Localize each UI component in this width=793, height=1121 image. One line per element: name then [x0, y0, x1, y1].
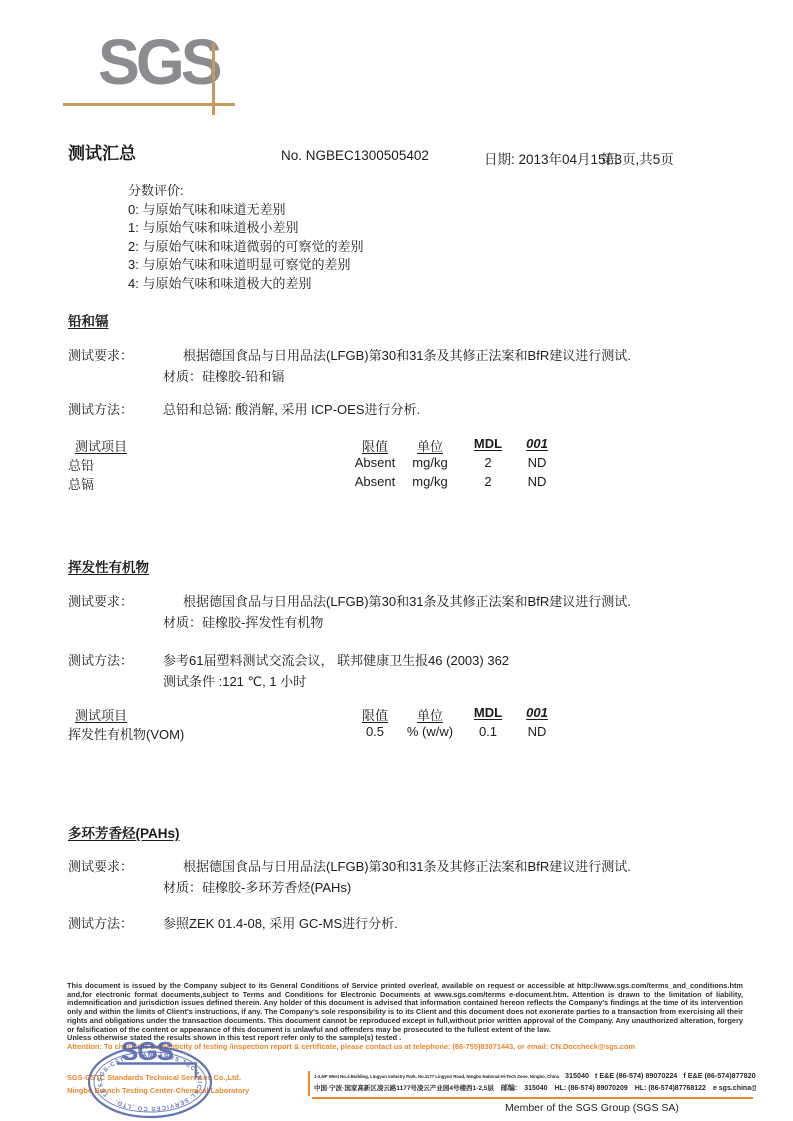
stamp-sgs-text: SGS — [121, 1036, 174, 1066]
table-row: 挥发性有机物(VOM) 0.5 % (w/w) 0.1 ND — [68, 724, 588, 743]
logo-vertical-line — [212, 43, 215, 115]
section-title-pahs: 多环芳香烃(PAHs) — [68, 822, 180, 842]
address-cn: 中国·宁波·国家高新区凌云路1177号凌云产业园4号楼西1-2,5层 — [314, 1083, 494, 1092]
material-text: 材质：硅橡胶-铅和镉 — [163, 366, 284, 385]
address-en: 1-2,5/F West No.4 Building, Lingyun Indu… — [314, 1074, 559, 1079]
sgs-logo: SGS — [98, 30, 219, 94]
page-title: 测试汇总 — [68, 139, 136, 164]
company-stamp: SGS-CSTC STANDARDS TECHNICAL SERVICES CO… — [84, 1030, 219, 1121]
requirement-text: 根据德国食品与日用品法(LFGB)第30和31条及其修正法案和BfR建议进行测试… — [183, 591, 631, 610]
col-header-sample: 001 — [506, 436, 568, 451]
score-legend-item: 0: 与原始气味和味道无差别 — [128, 201, 363, 220]
requirement-text: 根据德国食品与日用品法(LFGB)第30和31条及其修正法案和BfR建议进行测试… — [183, 856, 631, 875]
method-label: 测试方法： — [68, 913, 133, 932]
method-text: 参照ZEK 01.4-08, 采用 GC-MS进行分析. — [163, 913, 398, 932]
report-number: No. NGBEC1300505402 — [281, 148, 429, 163]
cell-result: ND — [506, 455, 568, 470]
footer-orange-rule — [312, 1097, 753, 1099]
method-text: 总铅和总镉: 酸消解, 采用 ICP-OES进行分析. — [163, 399, 420, 418]
cell-limit: Absent — [344, 474, 406, 489]
col-header-sample: 001 — [506, 705, 568, 720]
col-header-item: 测试项目 — [68, 705, 355, 724]
postcode-label: 邮编: — [501, 1083, 517, 1093]
email-link: e sgs.china@sgs.com — [713, 1085, 756, 1092]
col-header-limit: 限值 — [344, 705, 406, 724]
requirement-label: 测试要求： — [68, 856, 133, 875]
cell-result: ND — [506, 474, 568, 489]
phone: HL: (86-574) 89070209 — [555, 1085, 628, 1092]
report-page: SGS 测试汇总 No. NGBEC1300505402 日期: 2013年04… — [0, 0, 793, 1121]
cell-limit: 0.5 — [344, 724, 406, 739]
score-legend: 分数评价: 0: 与原始气味和味道无差别 1: 与原始气味和味道极小差别 2: … — [128, 182, 363, 294]
score-legend-item: 3: 与原始气味和味道明显可察觉的差别 — [128, 256, 363, 275]
postcode: 315040 — [565, 1071, 589, 1080]
col-header-unit: 单位 — [399, 436, 461, 455]
method-label: 测试方法： — [68, 399, 133, 418]
score-legend-item: 4: 与原始气味和味道极大的差别 — [128, 275, 363, 294]
report-date: 日期: 2013年04月15日 — [484, 148, 619, 168]
cell-limit: Absent — [344, 455, 406, 470]
condition-text: 测试条件 :121 ℃, 1 小时 — [163, 671, 306, 690]
address-row-english: 1-2,5/F West No.4 Building, Lingyun Indu… — [314, 1071, 756, 1080]
score-legend-item: 1: 与原始气味和味道极小差别 — [128, 219, 363, 238]
section-title-lead-cadmium: 铅和镉 — [68, 310, 109, 330]
requirement-label: 测试要求： — [68, 345, 133, 364]
col-header-unit: 单位 — [399, 705, 461, 724]
cell-unit: mg/kg — [399, 455, 461, 470]
footer-vertical-divider — [308, 1071, 310, 1096]
col-header-limit: 限值 — [344, 436, 406, 455]
cell-result: ND — [506, 724, 568, 739]
score-legend-title: 分数评价: — [128, 182, 363, 201]
cell-item: 总铅 — [68, 455, 348, 474]
cell-item: 挥发性有机物(VOM) — [68, 724, 348, 743]
table-header-row: 测试项目 限值 单位 MDL 001 — [68, 436, 588, 455]
cell-unit: % (w/w) — [399, 724, 461, 739]
logo-horizontal-line — [63, 103, 235, 106]
material-text: 材质：硅橡胶-多环芳香烃(PAHs) — [163, 877, 351, 896]
page-number: 第3页,共5页 — [601, 148, 674, 168]
fax: f E&E (86-574)87782095 — [683, 1071, 756, 1080]
postcode: 315040 — [524, 1085, 547, 1092]
phone: t E&E (86-574) 89070224 — [595, 1071, 677, 1080]
col-header-item: 测试项目 — [68, 436, 355, 455]
score-legend-item: 2: 与原始气味和味道微弱的可察觉的差别 — [128, 238, 363, 257]
disclaimer-text: This document is issued by the Company s… — [67, 982, 743, 1034]
requirement-label: 测试要求： — [68, 591, 133, 610]
requirement-text: 根据德国食品与日用品法(LFGB)第30和31条及其修正法案和BfR建议进行测试… — [183, 345, 631, 364]
table-header-row: 测试项目 限值 单位 MDL 001 — [68, 705, 588, 724]
section-title-vom: 挥发性有机物 — [68, 556, 149, 576]
table-row: 总铅 Absent mg/kg 2 ND — [68, 455, 588, 474]
cell-unit: mg/kg — [399, 474, 461, 489]
fax: HL: (86-574)87768122 — [635, 1085, 706, 1092]
method-label: 测试方法： — [68, 650, 133, 669]
cell-item: 总镉 — [68, 474, 348, 493]
material-text: 材质：硅橡胶-挥发性有机物 — [163, 612, 323, 631]
table-row: 总镉 Absent mg/kg 2 ND — [68, 474, 588, 493]
sgs-group-member-line: Member of the SGS Group (SGS SA) — [505, 1102, 679, 1114]
method-text: 参考61届塑料测试交流会议， 联邦健康卫生报46 (2003) 362 — [163, 650, 509, 669]
address-row-chinese: 中国·宁波·国家高新区凌云路1177号凌云产业园4号楼西1-2,5层 邮编: 3… — [314, 1083, 756, 1093]
